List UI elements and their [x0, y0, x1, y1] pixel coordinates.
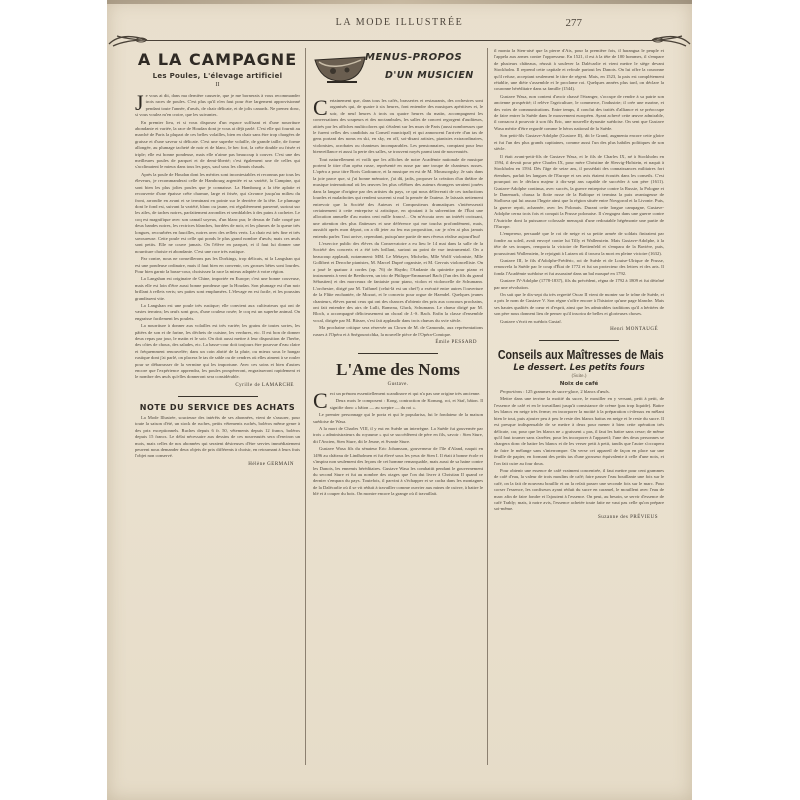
paragraph: Gustave III, le fils d'Adolphe-Frédéric,… [494, 258, 664, 277]
article-subtitle: Le dessert. Les petits fours [494, 363, 664, 373]
section-rule [358, 353, 438, 354]
article-body: J e vous ai dit, dans ma dernière causer… [135, 93, 300, 381]
note-title: NOTE DU SERVICE DES ACHATS [135, 403, 300, 412]
header-rule [145, 40, 654, 41]
paragraph: ertainement que, dans tous les cafés, br… [313, 98, 483, 156]
paragraph: La Langshan est originaire de Chine, imp… [135, 276, 300, 302]
paragraph: il monta la Sten-aisé que la pierre d'Ai… [494, 48, 664, 93]
flourish-ornament-icon [650, 30, 692, 50]
paragraph: La Langshan est une poule très rustique;… [135, 303, 300, 322]
paragraph: L'empereur, persuadé que le roi de neige… [494, 231, 664, 257]
paragraph: Gustave s'écrit en suédois Gustaf. [494, 319, 664, 325]
article-subtitle: Gustave. [313, 382, 483, 387]
paragraph: Par contre, nous ne conseillerons pas le… [135, 256, 300, 275]
recipe-title: Noix de café [494, 381, 664, 387]
menus-propos-banner: MENUS-PROPOS D'UN MUSICIEN [313, 48, 483, 94]
paragraph: A la mort de Charles VIII, il y eut en S… [313, 426, 483, 445]
article-subtitle: Les Poules, L'élevage artificiel [135, 72, 300, 80]
author-signature: Henri MONTAUGÉ [494, 327, 658, 332]
note-body: La Mode Illustrée, soucieuse des intérêt… [135, 415, 300, 460]
paragraph: eci un prénom essentiellement scandinave… [313, 391, 483, 397]
drop-cap: C [313, 392, 328, 410]
paragraph: Après la poule de Houdan dont les mérite… [135, 172, 300, 255]
paragraph: Deux mots le composent : Kong, contracti… [313, 398, 483, 411]
note-signature: Hélène GERMAIN [135, 462, 294, 467]
paragraph: Mettre dans une terrine la moitié du suc… [494, 396, 664, 466]
paragraph: Gustave Wasa, non content d'avoir chassé… [494, 94, 664, 132]
page-number: 277 [566, 17, 583, 29]
paragraph: Le premier personnage qui le porta et qu… [313, 412, 483, 425]
paragraph: La nourriture à donner aux volailles est… [135, 323, 300, 381]
article-body: C eci un prénom essentiellement scandina… [313, 391, 483, 498]
paragraph: L'exercice public des élèves du Conserva… [313, 241, 483, 324]
banner-title-line2: D'UN MUSICIEN [385, 70, 474, 81]
newspaper-page: LA MODE ILLUSTRÉE 277 A LA CAMPAGNE Les … [107, 0, 692, 800]
author-signature: Cyrille de LAMARCHE [135, 383, 294, 388]
paragraph: En premier lieu, et si vous disposez d'u… [135, 120, 300, 171]
banner-title-line1: MENUS-PROPOS [365, 52, 462, 63]
article-title: L'Ame des Noms [313, 360, 483, 380]
section-rule [178, 396, 258, 397]
article-title: Conseils aux Maîtresses de Maison [498, 347, 660, 362]
article-body: C ertainement que, dans tous les cafés, … [313, 98, 483, 338]
proportions-label: Proportions [500, 389, 522, 394]
paragraph: Il était avant-petit-fils de Gustave Was… [494, 154, 664, 231]
teacup-illustration-icon [313, 54, 371, 84]
column-right: il monta la Sten-aisé que la pierre d'Ai… [494, 48, 664, 770]
article-body: il monta la Sten-aisé que la pierre d'Ai… [494, 48, 664, 325]
column-divider [487, 48, 488, 765]
column-divider [305, 48, 306, 765]
paragraph: Proportions : 125 grammes de sucre-glace… [494, 389, 664, 395]
paragraph: e vous ai dit, dans ma dernière causerie… [135, 93, 300, 119]
drop-cap: C [313, 99, 328, 117]
paragraph: La Mode Illustrée, soucieuse des intérêt… [135, 415, 300, 460]
paragraph: Gustave Wasa fils du sénateur Eric Johan… [313, 446, 483, 497]
column-middle: MENUS-PROPOS D'UN MUSICIEN C ertainement… [313, 48, 483, 770]
column-left: A LA CAMPAGNE Les Poules, L'élevage arti… [135, 48, 300, 770]
author-signature: Émile PESSARD [313, 340, 477, 345]
drop-cap: J [135, 94, 144, 112]
paragraph: Tout naturellement et voilà que les affi… [313, 157, 483, 240]
paragraph: Pour obtenir une essence de café vraimen… [494, 468, 664, 513]
section-rule [539, 340, 619, 341]
running-head: LA MODE ILLUSTRÉE 277 [107, 17, 692, 33]
article-part: II [135, 82, 300, 88]
paragraph: Gustave IV-Adolphe (1778-1837), fils du … [494, 278, 664, 291]
article-title: A LA CAMPAGNE [135, 50, 300, 69]
article-continued: (Suite.) [494, 374, 664, 379]
paragraph: On sait que le dix-sept du très regretté… [494, 292, 664, 318]
proportions-text: : 125 grammes de sucre-glace, 2 blancs d… [522, 389, 610, 394]
publication-title: LA MODE ILLUSTRÉE [107, 17, 692, 28]
paragraph: Ma prochaine critique sera réservée au C… [313, 325, 483, 338]
recipe-body: Proportions : 125 grammes de sucre-glace… [494, 389, 664, 513]
author-signature: Suzanne des PRÉVIEUS [494, 515, 658, 520]
paragraph: Son petit-fils Gustave-Adolphe (Gustave … [494, 133, 664, 152]
flourish-ornament-icon [107, 30, 149, 50]
